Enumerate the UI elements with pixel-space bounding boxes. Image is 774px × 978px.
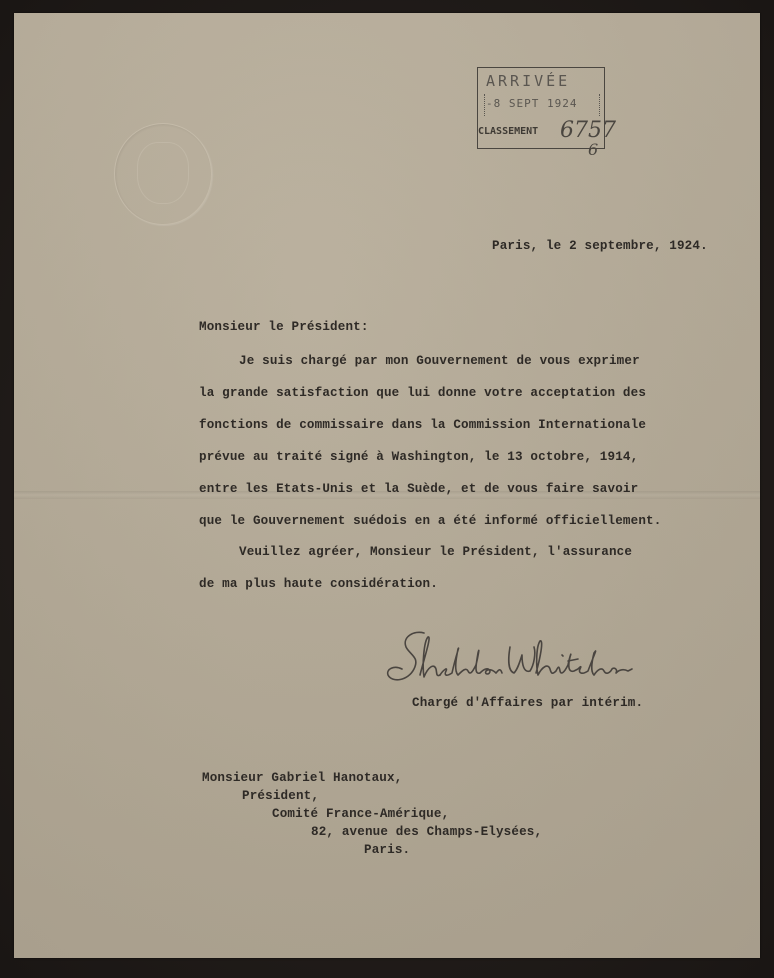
body-line: la grande satisfaction que lui donne vot… <box>199 386 646 400</box>
place-and-date: Paris, le 2 septembre, 1924. <box>492 239 708 253</box>
stamp-date: -8 SEPT 1924 <box>486 97 577 110</box>
body-line: fonctions de commissaire dans la Commiss… <box>199 418 646 432</box>
stamp-classement-label: CLASSEMENT <box>478 126 538 137</box>
stamp-title: ARRIVÉE <box>486 72 570 90</box>
body-line: prévue au traité signé à Washington, le … <box>199 450 638 464</box>
arrival-stamp: ARRIVÉE -8 SEPT 1924 CLASSEMENT 6757 6 <box>477 67 605 149</box>
recipient-line: Comité France-Amérique, <box>272 807 449 821</box>
salutation: Monsieur le Président: <box>199 320 369 334</box>
recipient-line: Paris. <box>364 843 410 857</box>
eagle-emblem-icon <box>137 142 189 204</box>
closing-line: de ma plus haute considération. <box>199 577 438 591</box>
stamp-handwritten-subnumber: 6 <box>588 140 598 159</box>
body-line: que le Gouvernement suédois en a été inf… <box>199 514 661 528</box>
letter-page: ARRIVÉE -8 SEPT 1924 CLASSEMENT 6757 6 P… <box>14 13 760 958</box>
recipient-line: Président, <box>242 789 319 803</box>
body-line: Je suis chargé par mon Gouvernement de v… <box>239 354 640 368</box>
recipient-line: Monsieur Gabriel Hanotaux, <box>202 771 402 785</box>
handwritten-signature <box>384 625 634 695</box>
signatory-title: Chargé d'Affaires par intérim. <box>412 696 643 710</box>
body-line: entre les Etats-Unis et la Suède, et de … <box>199 482 638 496</box>
recipient-line: 82, avenue des Champs-Elysées, <box>311 825 542 839</box>
embossed-seal-icon <box>114 123 212 225</box>
closing-line: Veuillez agréer, Monsieur le Président, … <box>239 545 632 559</box>
